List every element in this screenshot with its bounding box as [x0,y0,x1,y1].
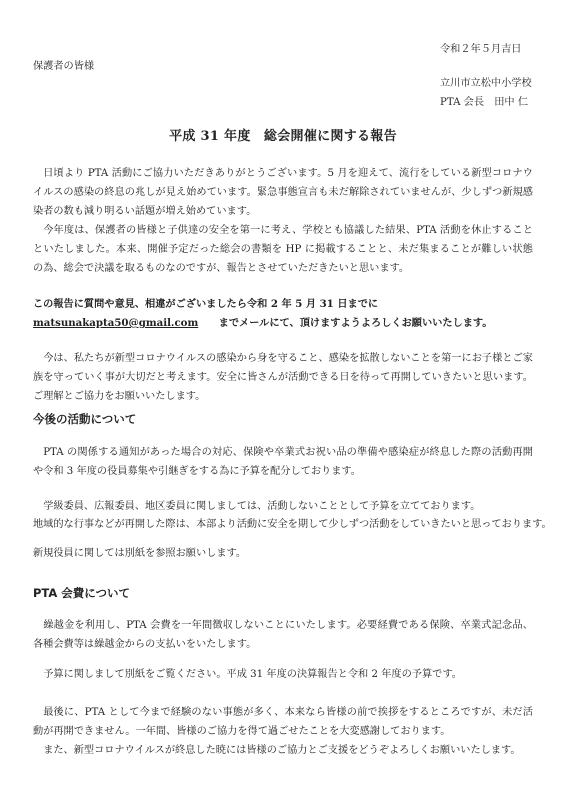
contact-line-2-text: までメールにて、頂けますようよろしくお願いいたします。 [219,317,493,329]
section-heading-fees: PTA 会費について [33,584,130,603]
activities-paragraph-1: PTA の関係する通知があった場合の対応、保険や卒業式お祝い品の準備や感染症が終… [33,443,533,481]
fees-paragraph-3: 最後に、PTA として今まで経験のない事態が多く、本来なら皆様の前で挨拶をすると… [33,703,533,741]
fees-paragraph-1: 繰越金を利用し、PTA 会費を一年間徴収しないことにいたします。必要経費である保… [33,616,533,654]
section-heading-activities: 今後の活動について [33,410,136,429]
recipient-line: 保護者の皆様 [33,57,94,76]
activities-paragraph-4: 新規役員に関しては別紙を参照お願いします。 [33,544,533,563]
activities-paragraph-3: 地域的な行事などが再開した際は、本部より活動に安全を期して少しずつ活動をしていき… [33,515,533,534]
contact-line-1: この報告に質問や意見、相違がございましたら令和 2 年 5 月 31 日までに [33,295,533,314]
intro-paragraph-1: 日頃より PTA 活動にご協力いただきありがとうございます。5 月を迎えて、流行… [33,164,533,221]
fees-paragraph-4: また、新型コロナウイルスが終息した暁には皆様のご協力とご支援をどうぞよろしくお願… [33,741,533,760]
intro-paragraph-2: 今年度は、保護者の皆様と子供達の安全を第一に考え、学校とも協議した結果、PTA … [33,221,533,278]
school-name: 立川市立松中小学校 [440,74,560,93]
activities-paragraph-2: 学級委員、広報委員、地区委員に関しましては、活動しないこととして予算を立てており… [33,497,533,516]
sender-block: 立川市立松中小学校 PTA 会長 田中 仁 [440,74,560,112]
contact-email-link[interactable]: matsunakapta50@gmail.com [33,317,198,329]
closing-intro-paragraph: 今は、私たちが新型コロナウイルスの感染から身を守ること、感染を拡散しないことを第… [33,349,533,406]
sender-name: PTA 会長 田中 仁 [440,93,560,112]
contact-line-2: matsunakapta50@gmail.com までメールにて、頂けますようよ… [33,314,533,333]
document-date: 令和２年５月吉日 [440,40,550,59]
fees-paragraph-2: 予算に関しまして別紙をご覧ください。平成 31 年度の決算報告と令和 2 年度の… [33,665,533,684]
document-title: 平成 31 年度 総会開催に関する報告 [0,127,566,146]
